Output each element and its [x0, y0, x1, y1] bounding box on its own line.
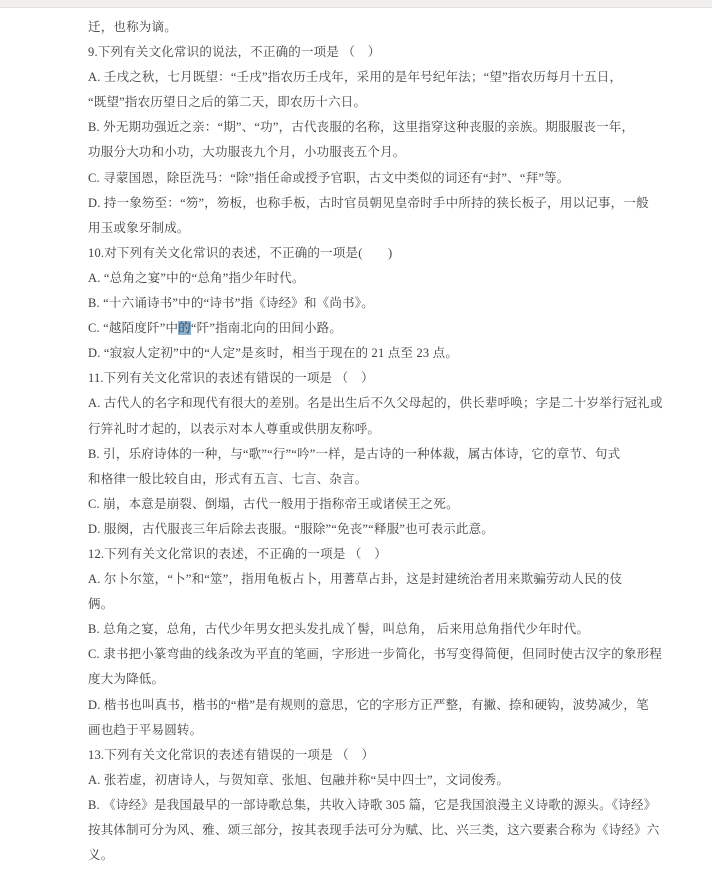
text-segment: “既望”指农历望日之后的第二天，即农历十六日。 — [88, 95, 366, 109]
text-segment: A. 张若虚，初唐诗人，与贺知章、张旭、包融并称“吴中四士”，文词俊秀。 — [88, 773, 509, 787]
text-segment: D. “寂寂人定初”中的“人定”是亥时，相当于现在的 21 点至 23 点。 — [88, 346, 458, 360]
text-line: 迁，也称为谪。 — [88, 15, 642, 40]
text-segment: 度大为降低。 — [88, 672, 164, 686]
text-line: B. 总角之宴，总角，古代少年男女把头发扎成丫髻，叫总角， 后来用总角指代少年时… — [88, 617, 642, 642]
text-line: “既望”指农历望日之后的第二天，即农历十六日。 — [88, 90, 642, 115]
page-top-gap — [0, 0, 712, 8]
text-line: 按其体制可分为风、雅、颂三部分，按其表现手法可分为赋、比、兴三类，这六要素合称为… — [88, 818, 642, 843]
text-line: A. “总角之宴”中的“总角”指少年时代。 — [88, 266, 642, 291]
text-segment: 13.下列有关文化常识的表述有错误的一项是 （ ） — [88, 748, 374, 762]
selected-text: 的 — [178, 321, 191, 335]
text-segment: B. 《诗经》是我国最早的一部诗歌总集，共收入诗歌 305 篇，它是我国浪漫主义… — [88, 798, 656, 812]
document-text: 迁，也称为谪。9.下列有关文化常识的说法，不正确的一项是 （ ）A. 壬戌之秋，… — [88, 15, 642, 868]
text-line: A. 壬戌之秋，七月既望：“壬戌”指农历壬戌年，采用的是年号纪年法；“望”指农历… — [88, 65, 642, 90]
text-line: D. “寂寂人定初”中的“人定”是亥时，相当于现在的 21 点至 23 点。 — [88, 341, 642, 366]
text-line: B. 外无期功强近之亲：“期”、“功”，古代丧服的名称，这里指穿这种丧服的亲族。… — [88, 115, 642, 140]
text-segment: 11.下列有关文化常识的表述有错误的一项是 （ ） — [88, 371, 374, 385]
text-segment: A. 古代人的名字和现代有很大的差别。名是出生后不久父母起的，供长辈呼唤；字是二… — [88, 396, 663, 410]
text-segment: C. 崩，本意是崩裂、倒塌，古代一般用于指称帝王或诸侯王之死。 — [88, 497, 459, 511]
text-line: A. 张若虚，初唐诗人，与贺知章、张旭、包融并称“吴中四士”，文词俊秀。 — [88, 768, 642, 793]
text-segment: D. 服阕，古代服丧三年后除去丧服。“服除”“免丧”“释服”也可表示此意。 — [88, 522, 494, 536]
text-segment: 行笄礼时才起的，以表示对本人尊重或供朋友称呼。 — [88, 422, 380, 436]
text-line: C. 崩，本意是崩裂、倒塌，古代一般用于指称帝王或诸侯王之死。 — [88, 492, 642, 517]
text-segment: 功服分大功和小功，大功服丧九个月，小功服丧五个月。 — [88, 145, 406, 159]
text-line: 行笄礼时才起的，以表示对本人尊重或供朋友称呼。 — [88, 417, 642, 442]
text-segment: B. 外无期功强近之亲：“期”、“功”，古代丧服的名称，这里指穿这种丧服的亲族。… — [88, 120, 634, 134]
text-line: 义。 — [88, 843, 642, 868]
text-segment: C. “越陌度阡”中 — [88, 321, 178, 335]
text-segment: D. 持一象笏至：“笏”，笏板，也称手板，古时官员朝见皇帝时手中所持的狭长板子，… — [88, 196, 649, 210]
text-line: 13.下列有关文化常识的表述有错误的一项是 （ ） — [88, 743, 642, 768]
text-line: 和格律一般比较自由，形式有五言、七言、杂言。 — [88, 467, 642, 492]
text-line: C. “越陌度阡”中的“阡”指南北向的田间小路。 — [88, 316, 642, 341]
text-segment: 义。 — [88, 848, 113, 862]
text-line: D. 持一象笏至：“笏”，笏板，也称手板，古时官员朝见皇帝时手中所持的狭长板子，… — [88, 191, 642, 216]
document-page: 迁，也称为谪。9.下列有关文化常识的说法，不正确的一项是 （ ）A. 壬戌之秋，… — [0, 8, 712, 868]
text-segment: 9.下列有关文化常识的说法，不正确的一项是 （ ） — [88, 45, 381, 59]
text-segment: A. 壬戌之秋，七月既望：“壬戌”指农历壬戌年，采用的是年号纪年法；“望”指农历… — [88, 70, 622, 84]
text-line: A. 尔卜尔筮，“卜”和“筮”，指用龟板占卜，用蓍草占卦，这是封建统治者用来欺骗… — [88, 567, 642, 592]
text-line: B. “十六诵诗书”中的“诗书”指《诗经》和《尚书》。 — [88, 291, 642, 316]
text-segment: “阡”指南北向的田间小路。 — [191, 321, 342, 335]
text-segment: 用玉或象牙制成。 — [88, 221, 190, 235]
text-line: 画也趋于平易圆转。 — [88, 718, 642, 743]
text-line: D. 楷书也叫真书，楷书的“楷”是有规则的意思，它的字形方正严整，有撇、捺和硬钩… — [88, 693, 642, 718]
text-line: 12.下列有关文化常识的表述，不正确的一项是 （ ） — [88, 542, 642, 567]
text-segment: A. “总角之宴”中的“总角”指少年时代。 — [88, 271, 305, 285]
text-segment: B. 总角之宴，总角，古代少年男女把头发扎成丫髻，叫总角， 后来用总角指代少年时… — [88, 622, 589, 636]
text-segment: C. 寻蒙国恩，除臣洗马：“除”指任命或授予官职，古文中类似的词还有“封”、“拜… — [88, 171, 569, 185]
text-line: 用玉或象牙制成。 — [88, 216, 642, 241]
text-line: 度大为降低。 — [88, 667, 642, 692]
text-line: 10.对下列有关文化常识的表述，不正确的一项是( ) — [88, 241, 642, 266]
text-segment: 俩。 — [88, 597, 113, 611]
text-segment: 10.对下列有关文化常识的表述，不正确的一项是( ) — [88, 246, 392, 260]
text-segment: B. “十六诵诗书”中的“诗书”指《诗经》和《尚书》。 — [88, 296, 374, 310]
screenshot-root: { "page": { "background": "#ffffff", "to… — [0, 0, 712, 875]
text-segment: 按其体制可分为风、雅、颂三部分，按其表现手法可分为赋、比、兴三类，这六要素合称为… — [88, 823, 660, 837]
text-line: 11.下列有关文化常识的表述有错误的一项是 （ ） — [88, 366, 642, 391]
text-segment: 迁，也称为谪。 — [88, 20, 177, 34]
text-line: C. 隶书把小篆弯曲的线条改为平直的笔画，字形进一步简化，书写变得简便，但同时使… — [88, 642, 642, 667]
text-segment: 和格律一般比较自由，形式有五言、七言、杂言。 — [88, 472, 367, 486]
text-line: D. 服阕，古代服丧三年后除去丧服。“服除”“免丧”“释服”也可表示此意。 — [88, 517, 642, 542]
text-line: 俩。 — [88, 592, 642, 617]
text-line: A. 古代人的名字和现代有很大的差别。名是出生后不久父母起的，供长辈呼唤；字是二… — [88, 391, 642, 416]
text-segment: B. 引，乐府诗体的一种，与“歌”“行”“吟”一样，是古诗的一种体裁，属古体诗，… — [88, 447, 620, 461]
text-segment: 12.下列有关文化常识的表述，不正确的一项是 （ ） — [88, 547, 387, 561]
text-line: B. 引，乐府诗体的一种，与“歌”“行”“吟”一样，是古诗的一种体裁，属古体诗，… — [88, 442, 642, 467]
text-line: C. 寻蒙国恩，除臣洗马：“除”指任命或授予官职，古文中类似的词还有“封”、“拜… — [88, 166, 642, 191]
text-segment: A. 尔卜尔筮，“卜”和“筮”，指用龟板占卜，用蓍草占卦，这是封建统治者用来欺骗… — [88, 572, 622, 586]
text-line: 9.下列有关文化常识的说法，不正确的一项是 （ ） — [88, 40, 642, 65]
text-line: B. 《诗经》是我国最早的一部诗歌总集，共收入诗歌 305 篇，它是我国浪漫主义… — [88, 793, 642, 818]
text-line: 功服分大功和小功，大功服丧九个月，小功服丧五个月。 — [88, 140, 642, 165]
text-segment: C. 隶书把小篆弯曲的线条改为平直的笔画，字形进一步简化，书写变得简便，但同时使… — [88, 647, 662, 661]
text-segment: 画也趋于平易圆转。 — [88, 723, 202, 737]
text-segment: D. 楷书也叫真书，楷书的“楷”是有规则的意思，它的字形方正严整，有撇、捺和硬钩… — [88, 698, 649, 712]
